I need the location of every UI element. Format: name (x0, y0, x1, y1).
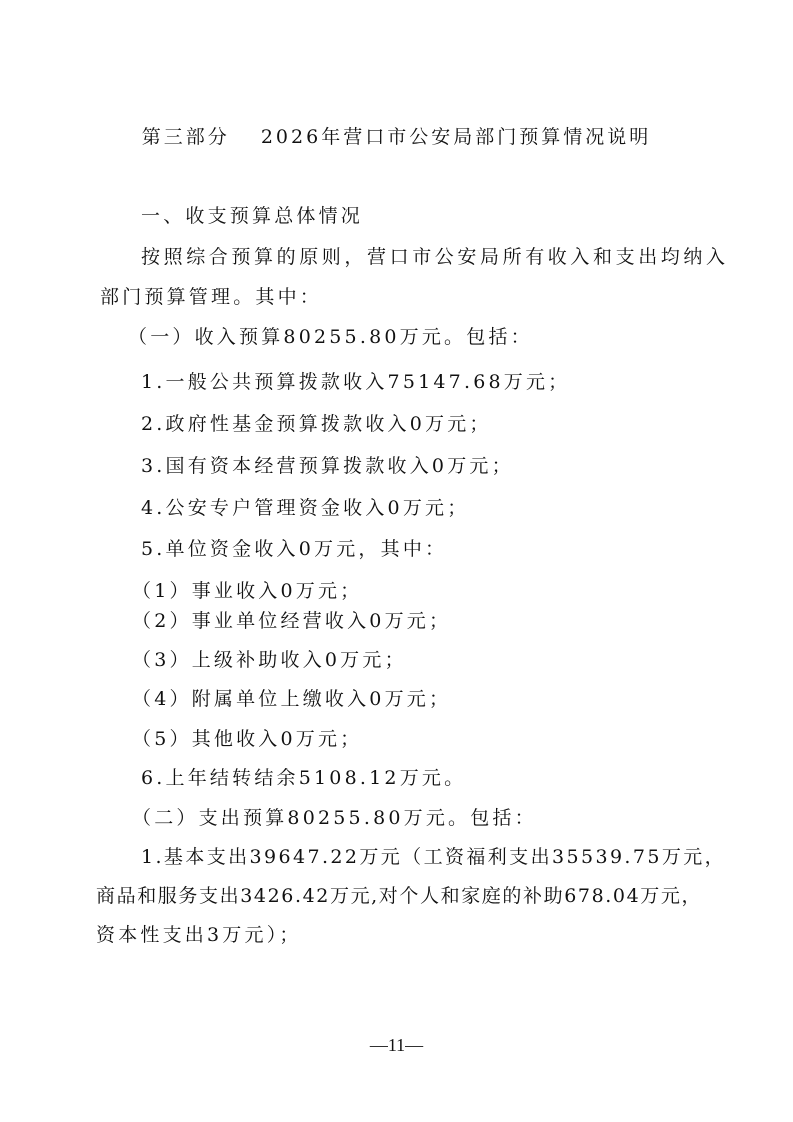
page-title: 第三部分 2026年营口市公安局部门预算情况说明 (0, 125, 793, 149)
income-heading: （一）收入预算80255.80万元。包括： (128, 325, 533, 349)
income-item-1: 1.一般公共预算拨款收入75147.68万元； (141, 370, 570, 394)
income-subitem-5: （5）其他收入0万元； (132, 727, 362, 751)
income-subitem-1: （1）事业收入0万元； (132, 579, 362, 603)
income-subitem-2: （2）事业单位经营收入0万元； (132, 609, 451, 633)
expenditure-heading: （二）支出预算80255.80万元。包括： (132, 806, 537, 830)
income-subitem-3: （3）上级补助收入0万元； (132, 648, 407, 672)
expenditure-item-1-line-2: 商品和服务支出3426.42万元,对个人和家庭的补助678.04万元， (96, 884, 702, 908)
expenditure-item-1-line-1: 1.基本支出39647.22万元（工资福利支出35539.75万元， (141, 845, 726, 869)
income-item-2: 2.政府性基金预算拨款收入0万元； (141, 412, 492, 436)
expenditure-item-1-line-3: 资本性支出3万元）； (96, 923, 302, 947)
page-number: —11— (0, 1033, 793, 1057)
income-subitem-4: （4）附属单位上缴收入0万元； (132, 687, 451, 711)
income-item-4: 4.公安专户管理资金收入0万元； (141, 496, 469, 520)
income-item-3: 3.国有资本经营预算拨款收入0万元； (141, 454, 514, 478)
section-heading: 一、收支预算总体情况 (141, 204, 363, 228)
income-item-5: 5.单位资金收入0万元，其中： (141, 537, 447, 561)
intro-paragraph-line-1: 按照综合预算的原则，营口市公安局所有收入和支出均纳入 (141, 245, 729, 269)
income-item-6: 6.上年结转结余5108.12万元。 (141, 766, 466, 790)
intro-paragraph-line-2: 部门预算管理。其中： (100, 285, 322, 309)
